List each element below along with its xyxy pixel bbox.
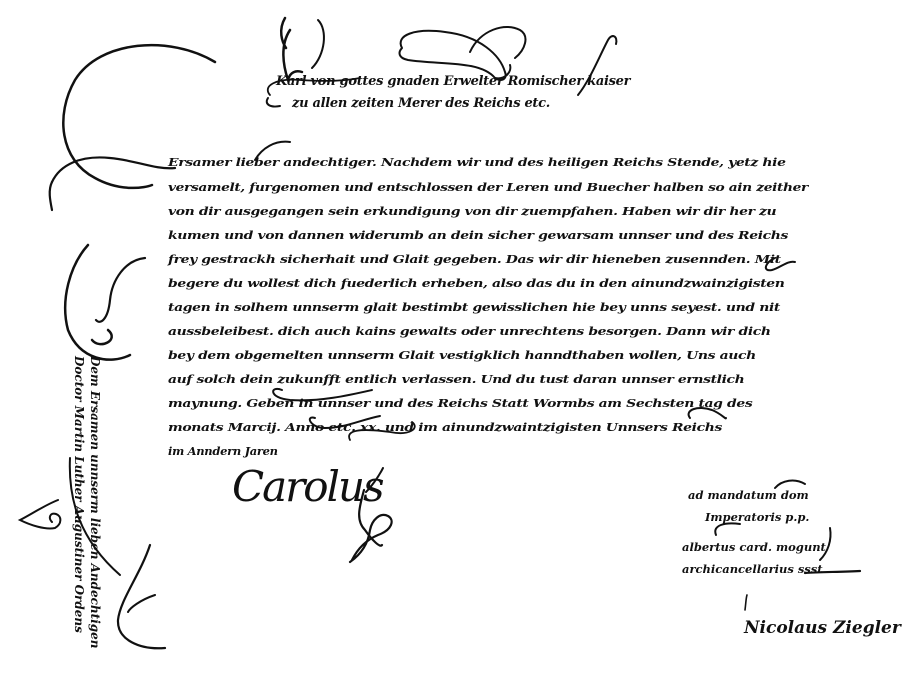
address-line-2: Doctor Martin Luther Augustiner Ordens: [72, 356, 86, 633]
body-line: kumen und von dannen widerumb an dein si…: [168, 228, 788, 242]
heart-flourish: [20, 500, 60, 528]
body-line: monats Marcij. Anno etc. xx. und im ainu…: [168, 420, 722, 434]
countersign-line: Imperatoris p.p.: [705, 510, 809, 524]
countersign-line: archicancellarius ssst: [682, 562, 823, 576]
body-line: begere du wollest dich fuederlich erhebe…: [168, 276, 785, 290]
heading-line-1: Karl von gottes gnaden Erwelter Romische…: [276, 74, 630, 89]
body-line: im Anndern Jaren: [168, 444, 278, 458]
body-line: von dir ausgegangen sein erkundigung von…: [168, 204, 776, 218]
body-line: tagen in solhem unnserm glait bestimbt g…: [168, 300, 780, 314]
countersign-line: ad mandatum dom: [688, 488, 809, 502]
body-line: bey dem obgemelten unnserm Glait vestigk…: [168, 348, 756, 362]
emperor-signature: Carolus: [232, 462, 383, 511]
secretary-signature: Nicolaus Ziegler: [744, 618, 901, 638]
heading-line-2: zu allen zeiten Merer des Reichs etc.: [292, 96, 550, 111]
document-page: Karl von gottes gnaden Erwelter Romische…: [0, 0, 905, 688]
body-line: auf solch dein zukunfft entlich verlasse…: [168, 372, 744, 386]
body-line: frey gestrackh sicherhait und Glait gege…: [168, 252, 781, 266]
body-line: versamelt, furgenomen und entschlossen d…: [168, 180, 808, 194]
countersign-line: albertus card. mogunt: [682, 540, 826, 554]
body-line: Ersamer lieber andechtiger. Nachdem wir …: [168, 155, 786, 169]
address-line-1: Dem Ersamen unnserm lieben Andechtigen: [88, 356, 102, 649]
top-loop-flourish: [400, 31, 506, 80]
body-line: maynung. Geben in unnser und des Reichs …: [168, 396, 752, 410]
body-line: aussbeleibest. dich auch kains gewalts o…: [168, 324, 771, 338]
initial-k-flourish: [281, 18, 302, 80]
